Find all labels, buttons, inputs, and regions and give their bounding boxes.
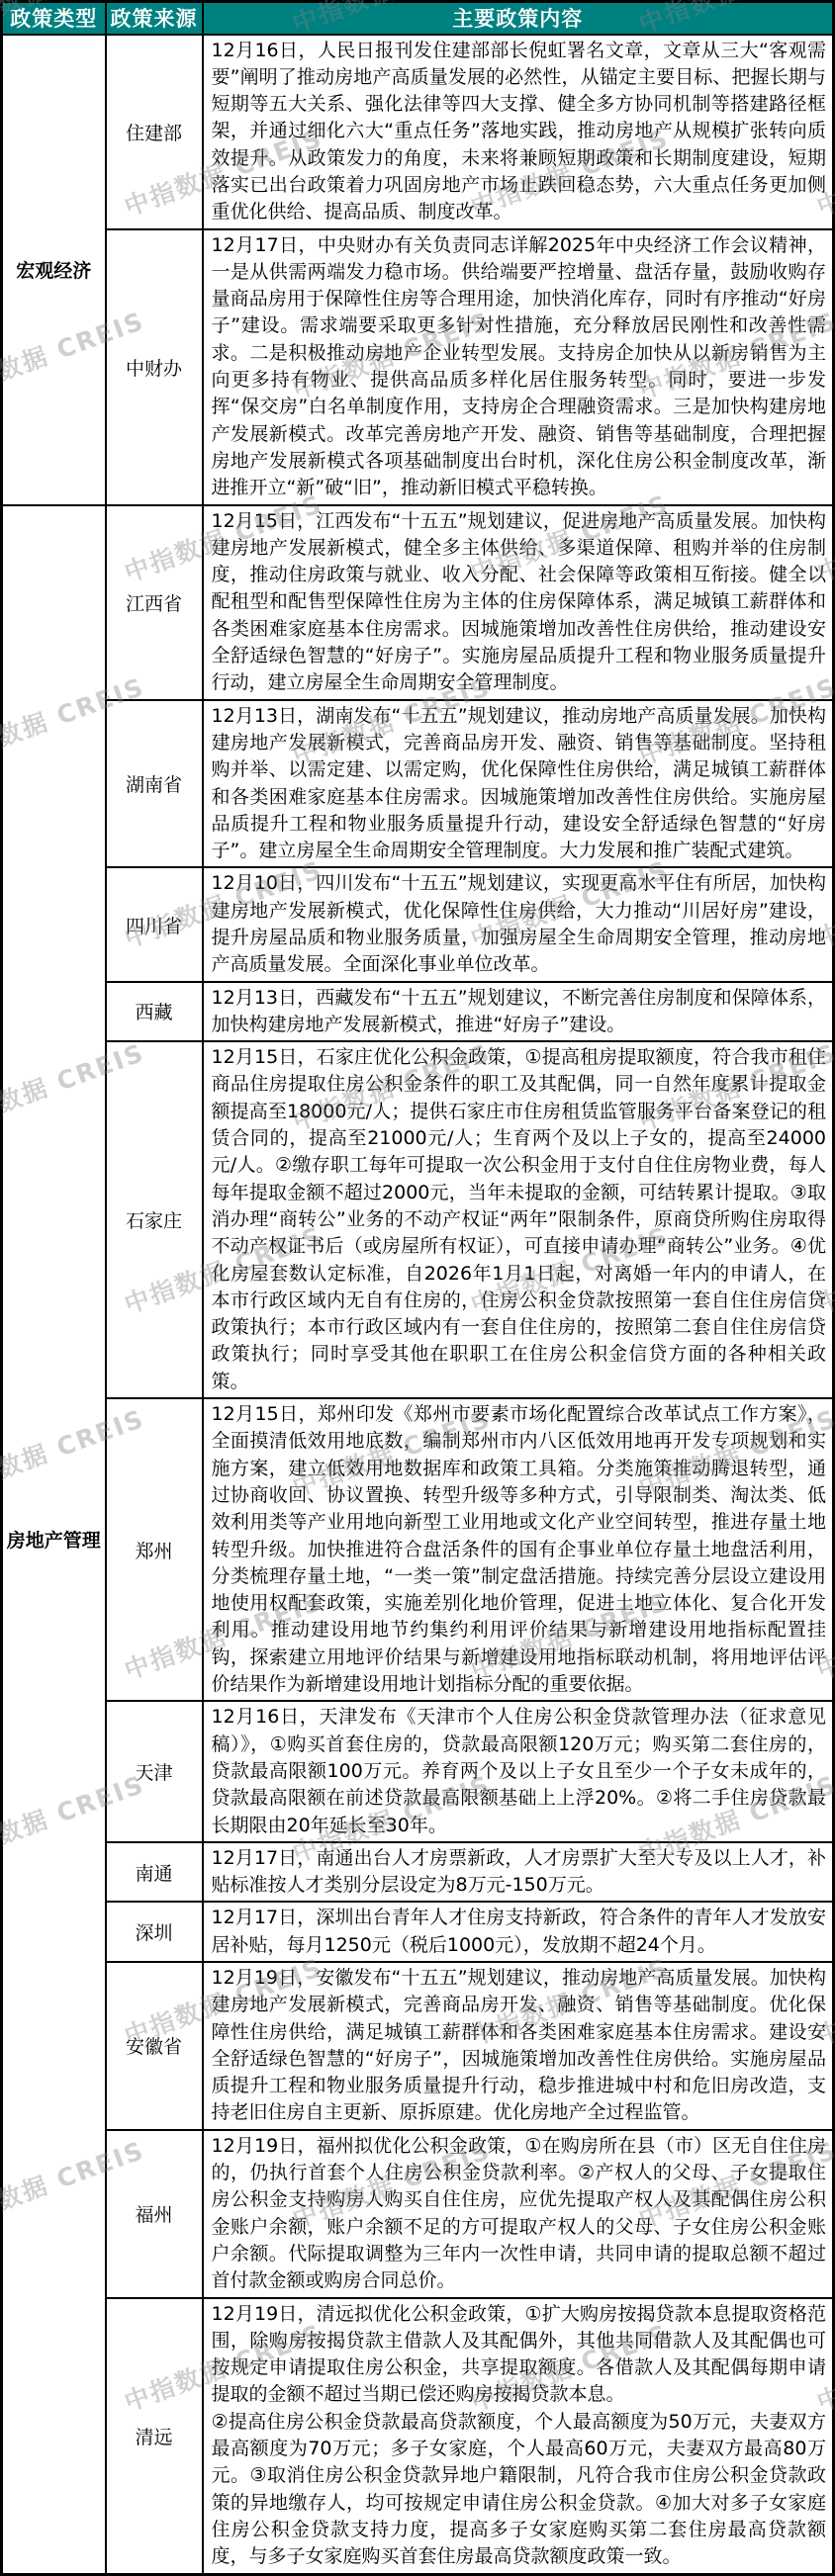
policy-paragraph: ②提高住房公积金贷款最高贷款额度，个人最高额度为50万元，夫妻双方最高额度为70… — [212, 2409, 827, 2571]
policy-paragraph: 12月19日，清远拟优化公积金政策，①扩大购房按揭贷款本息提取资格范围，除购房按… — [212, 2301, 827, 2409]
table-row: 四川省12月10日，四川发布“十五五”规划建议，实现更高水平住有所居，加快构建房… — [2, 867, 834, 981]
policy-content-cell: 12月16日，人民日报刊发住建部部长倪虹署名文章，文章从三大“客观需要”阐明了推… — [203, 35, 834, 229]
policy-content-cell: 12月19日，福州拟优化公积金政策，①在购房所在县（市）区无自住住房的，仍执行首… — [203, 2130, 834, 2298]
table-row: 房地产管理江西省12月15日，江西发布“十五五”规划建议，促进房地产高质量发展。… — [2, 505, 834, 700]
column-header-policy-type: 政策类型 — [2, 2, 106, 35]
policy-content-cell: 12月13日，西藏发布“十五五”规划建议，不断完善住房制度和保障体系，加快构建房… — [203, 982, 834, 1042]
policy-table-body: 宏观经济住建部12月16日，人民日报刊发住建部部长倪虹署名文章，文章从三大“客观… — [2, 35, 834, 2575]
table-row: 南通12月17日，南通出台人才房票新政，人才房票扩大至大专及以上人才，补贴标准按… — [2, 1842, 834, 1903]
policy-source-cell: 中财办 — [106, 229, 203, 505]
policy-source-cell: 西藏 — [106, 982, 203, 1042]
table-row: 宏观经济住建部12月16日，人民日报刊发住建部部长倪虹署名文章，文章从三大“客观… — [2, 35, 834, 229]
table-row: 湖南省12月13日，湖南发布“十五五”规划建议，推动房地产高质量发展。加快构建房… — [2, 700, 834, 868]
policy-paragraph: 12月13日，西藏发布“十五五”规划建议，不断完善住房制度和保障体系，加快构建房… — [212, 985, 827, 1039]
table-header-row: 政策类型 政策来源 主要政策内容 — [2, 2, 834, 35]
table-row: 清远12月19日，清远拟优化公积金政策，①扩大购房按揭贷款本息提取资格范围，除购… — [2, 2298, 834, 2574]
policy-content-cell: 12月10日，四川发布“十五五”规划建议，实现更高水平住有所居，加快构建房地产发… — [203, 867, 834, 981]
policy-source-cell: 石家庄 — [106, 1041, 203, 1398]
table-row: 天津12月16日，天津发布《天津市个人住房公积金贷款管理办法（征求意见稿）》，①… — [2, 1701, 834, 1841]
policy-content-cell: 12月16日，天津发布《天津市个人住房公积金贷款管理办法（征求意见稿）》，①购买… — [203, 1701, 834, 1841]
policy-source-cell: 福州 — [106, 2130, 203, 2298]
policy-source-cell: 清远 — [106, 2298, 203, 2574]
policy-source-cell: 住建部 — [106, 35, 203, 229]
policy-content-cell: 12月15日，石家庄优化公积金政策，①提高租房提取额度，符合我市租住商品住房提取… — [203, 1041, 834, 1398]
policy-source-cell: 深圳 — [106, 1902, 203, 1962]
policy-paragraph: 12月10日，四川发布“十五五”规划建议，实现更高水平住有所居，加快构建房地产发… — [212, 870, 827, 978]
policy-paragraph: 12月19日，安徽发布“十五五”规划建议，推动房地产高质量发展。加快构建房地产发… — [212, 1965, 827, 2127]
policy-paragraph: 12月16日，天津发布《天津市个人住房公积金贷款管理办法（征求意见稿）》，①购买… — [212, 1704, 827, 1838]
policy-source-cell: 南通 — [106, 1842, 203, 1903]
policy-paragraph: 12月16日，人民日报刊发住建部部长倪虹署名文章，文章从三大“客观需要”阐明了推… — [212, 38, 827, 226]
policy-paragraph: 12月17日，南通出台人才房票新政，人才房票扩大至大专及以上人才，补贴标准按人才… — [212, 1845, 827, 1900]
policy-content-cell: 12月19日，清远拟优化公积金政策，①扩大购房按揭贷款本息提取资格范围，除购房按… — [203, 2298, 834, 2574]
table-row: 安徽省12月19日，安徽发布“十五五”规划建议，推动房地产高质量发展。加快构建房… — [2, 1962, 834, 2130]
policy-paragraph: 12月19日，福州拟优化公积金政策，①在购房所在县（市）区无自住住房的，仍执行首… — [212, 2133, 827, 2295]
policy-content-cell: 12月15日，郑州印发《郑州市要素市场化配置综合改革试点工作方案》，全面摸清低效… — [203, 1398, 834, 1701]
policy-source-cell: 湖南省 — [106, 700, 203, 868]
table-row: 福州12月19日，福州拟优化公积金政策，①在购房所在县（市）区无自住住房的，仍执… — [2, 2130, 834, 2298]
policy-content-cell: 12月19日，安徽发布“十五五”规划建议，推动房地产高质量发展。加快构建房地产发… — [203, 1962, 834, 2130]
table-row: 深圳12月17日，深圳出台青年人才住房支持新政，符合条件的青年人才发放安居补贴，… — [2, 1902, 834, 1962]
policy-content-cell: 12月17日，南通出台人才房票新政，人才房票扩大至大专及以上人才，补贴标准按人才… — [203, 1842, 834, 1903]
policy-paragraph: 12月13日，湖南发布“十五五”规划建议，推动房地产高质量发展。加快构建房地产发… — [212, 703, 827, 865]
policy-source-cell: 天津 — [106, 1701, 203, 1841]
policy-source-cell: 安徽省 — [106, 1962, 203, 2130]
policy-source-cell: 江西省 — [106, 505, 203, 700]
policy-paragraph: 12月15日，郑州印发《郑州市要素市场化配置综合改革试点工作方案》，全面摸清低效… — [212, 1401, 827, 1698]
policy-paragraph: 12月15日，江西发布“十五五”规划建议，促进房地产高质量发展。加快构建房地产发… — [212, 508, 827, 697]
policy-content-cell: 12月17日，中央财办有关负责同志详解2025年中央经济工作会议精神，一是从供需… — [203, 229, 834, 505]
policy-report-page: 政策类型 政策来源 主要政策内容 宏观经济住建部12月16日，人民日报刊发住建部… — [0, 0, 835, 2576]
table-row: 石家庄12月15日，石家庄优化公积金政策，①提高租房提取额度，符合我市租住商品住… — [2, 1041, 834, 1398]
table-row: 郑州12月15日，郑州印发《郑州市要素市场化配置综合改革试点工作方案》，全面摸清… — [2, 1398, 834, 1701]
policy-source-cell: 郑州 — [106, 1398, 203, 1701]
column-header-policy-content: 主要政策内容 — [203, 2, 834, 35]
policy-source-cell: 四川省 — [106, 867, 203, 981]
policy-type-cell: 房地产管理 — [2, 505, 106, 2574]
policy-content-cell: 12月15日，江西发布“十五五”规划建议，促进房地产高质量发展。加快构建房地产发… — [203, 505, 834, 700]
policy-content-cell: 12月17日，深圳出台青年人才住房支持新政，符合条件的青年人才发放安居补贴，每月… — [203, 1902, 834, 1962]
policy-paragraph: 12月15日，石家庄优化公积金政策，①提高租房提取额度，符合我市租住商品住房提取… — [212, 1044, 827, 1395]
policy-table: 政策类型 政策来源 主要政策内容 宏观经济住建部12月16日，人民日报刊发住建部… — [0, 0, 835, 2576]
table-row: 西藏12月13日，西藏发布“十五五”规划建议，不断完善住房制度和保障体系，加快构… — [2, 982, 834, 1042]
column-header-policy-source: 政策来源 — [106, 2, 203, 35]
table-row: 中财办12月17日，中央财办有关负责同志详解2025年中央经济工作会议精神，一是… — [2, 229, 834, 505]
policy-content-cell: 12月13日，湖南发布“十五五”规划建议，推动房地产高质量发展。加快构建房地产发… — [203, 700, 834, 868]
policy-type-cell: 宏观经济 — [2, 35, 106, 505]
policy-paragraph: 12月17日，中央财办有关负责同志详解2025年中央经济工作会议精神，一是从供需… — [212, 232, 827, 502]
policy-paragraph: 12月17日，深圳出台青年人才住房支持新政，符合条件的青年人才发放安居补贴，每月… — [212, 1905, 827, 1959]
